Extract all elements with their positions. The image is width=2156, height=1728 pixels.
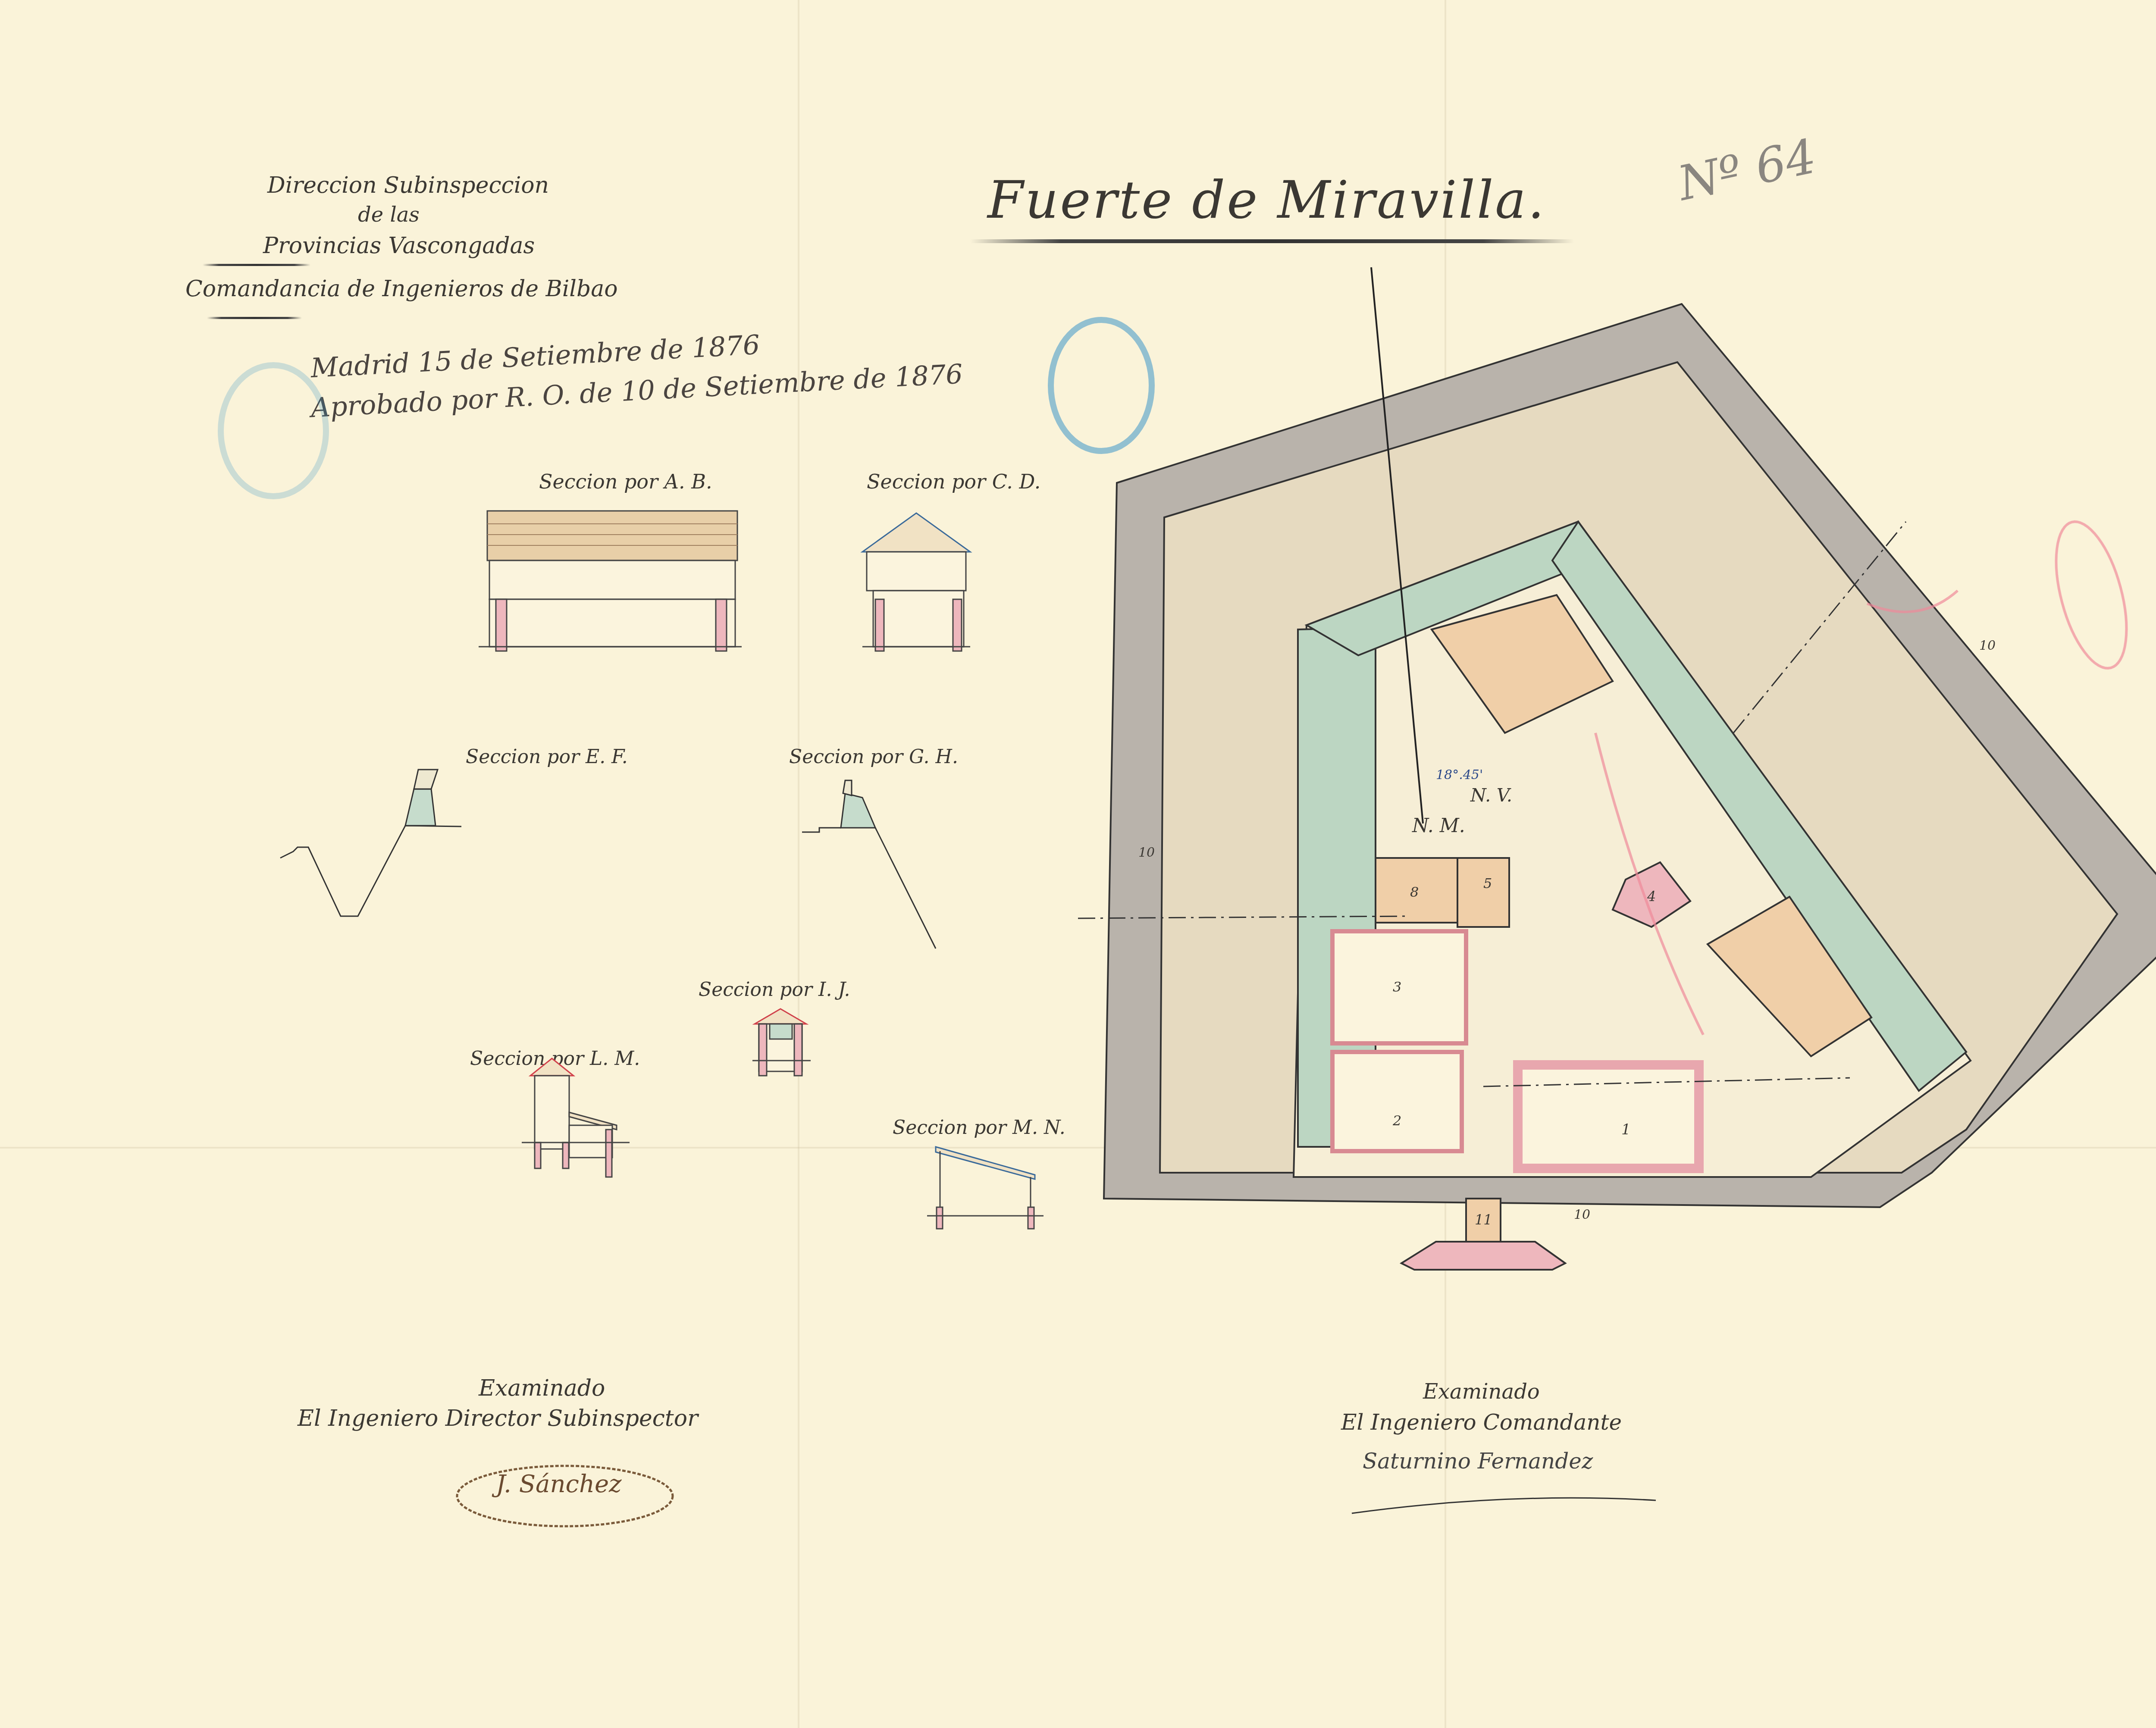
esplanade-label: 8	[1410, 884, 1419, 900]
signature-left-name: J. Sánchez	[496, 1470, 622, 1498]
magazine-label: 4	[1647, 888, 1656, 905]
section-gh-drawing	[802, 780, 936, 949]
section-lm-drawing	[522, 1058, 630, 1177]
moat-label-south: 10	[1574, 1207, 1590, 1222]
signature-left-role: El Ingeniero Director Subinspector	[298, 1406, 698, 1431]
signature-left-heading: Examinado	[479, 1375, 605, 1401]
hut-label: 5	[1483, 875, 1492, 892]
bridge-abutment	[1401, 1242, 1565, 1270]
section-ab-drawing	[479, 511, 742, 651]
officers-label: 2	[1393, 1112, 1401, 1129]
section-mn-drawing	[927, 1147, 1044, 1229]
barracks-1	[1518, 1065, 1699, 1168]
signature-center-role: El Ingeniero Comandante	[1341, 1410, 1622, 1435]
officers-block-2	[1332, 1052, 1462, 1151]
signature-center-name: Saturnino Fernandez	[1363, 1449, 1593, 1474]
moat-label-west: 10	[1138, 845, 1155, 860]
bridge-label: 11	[1475, 1211, 1492, 1228]
north-true-label: N. V.	[1470, 785, 1512, 806]
declination-label: 18°.45'	[1436, 767, 1483, 783]
section-ef-drawing	[280, 770, 461, 916]
fort-plan	[1078, 267, 2156, 1270]
barracks-label: 1	[1621, 1121, 1631, 1138]
drawing-canvas	[0, 0, 2156, 1728]
north-magnetic-label: N. M.	[1412, 815, 1465, 837]
moat-label-east: 10	[1979, 638, 1996, 653]
hut-5-west	[1457, 858, 1509, 927]
map-sheet: Direccion Subinspeccion de las Provincia…	[0, 0, 2156, 1728]
section-ij-drawing	[752, 1009, 811, 1076]
signature-flourish	[1352, 1498, 1656, 1513]
artillery-label: 3	[1393, 979, 1401, 995]
section-cd-drawing	[862, 513, 970, 651]
signature-center-heading: Examinado	[1423, 1380, 1540, 1404]
